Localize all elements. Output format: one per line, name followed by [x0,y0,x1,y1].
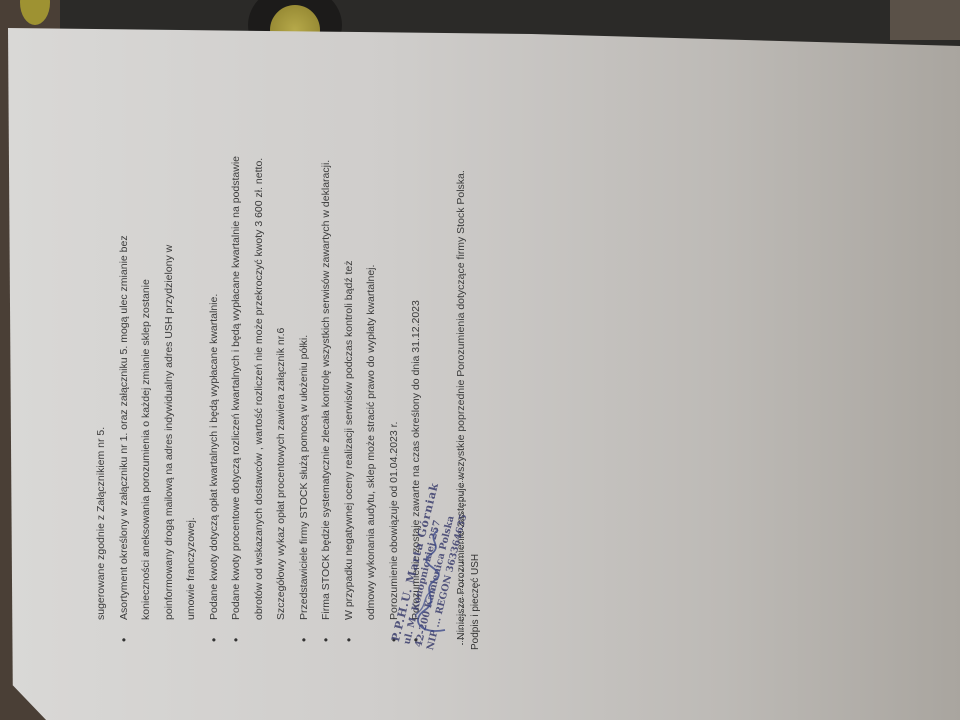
signature-label: Podpis i pieczęć USH [470,554,481,650]
handwritten-signature [400,520,460,640]
signature-line [462,475,463,645]
text-line: sugerowane zgodnie z Załącznikiem nr 5. [90,80,113,640]
bullet-item: Przedstawiciele firmy STOCK służą pomocą… [293,80,316,640]
background-surface [890,0,960,40]
bullet-item: Firma STOCK będzie systematycznie zlecał… [315,80,338,640]
bullet-item: Podane kwoty procentowe dotyczą rozlicze… [225,80,248,640]
text-line: umowie franczyzowej. [180,80,203,640]
bullet-item: Podane kwoty dotyczą opłat kwartalnych i… [203,80,226,640]
text-line: obrotów od wskazanych dostawców , wartoś… [248,80,271,640]
text-line: Szczegółowy wykaz opłat procentowych zaw… [270,80,293,640]
bullet-item: Asortyment określony w załączniku nr 1. … [113,80,136,640]
bullet-item: W przypadku negatywnej oceny realizacji … [338,80,361,640]
text-line: odmowy wykonania audytu, sklep może stra… [360,80,383,640]
text-line: konieczności aneksowania porozumienia o … [135,80,158,640]
text-line: poinformowany drogą mailową na adres ind… [158,80,181,640]
